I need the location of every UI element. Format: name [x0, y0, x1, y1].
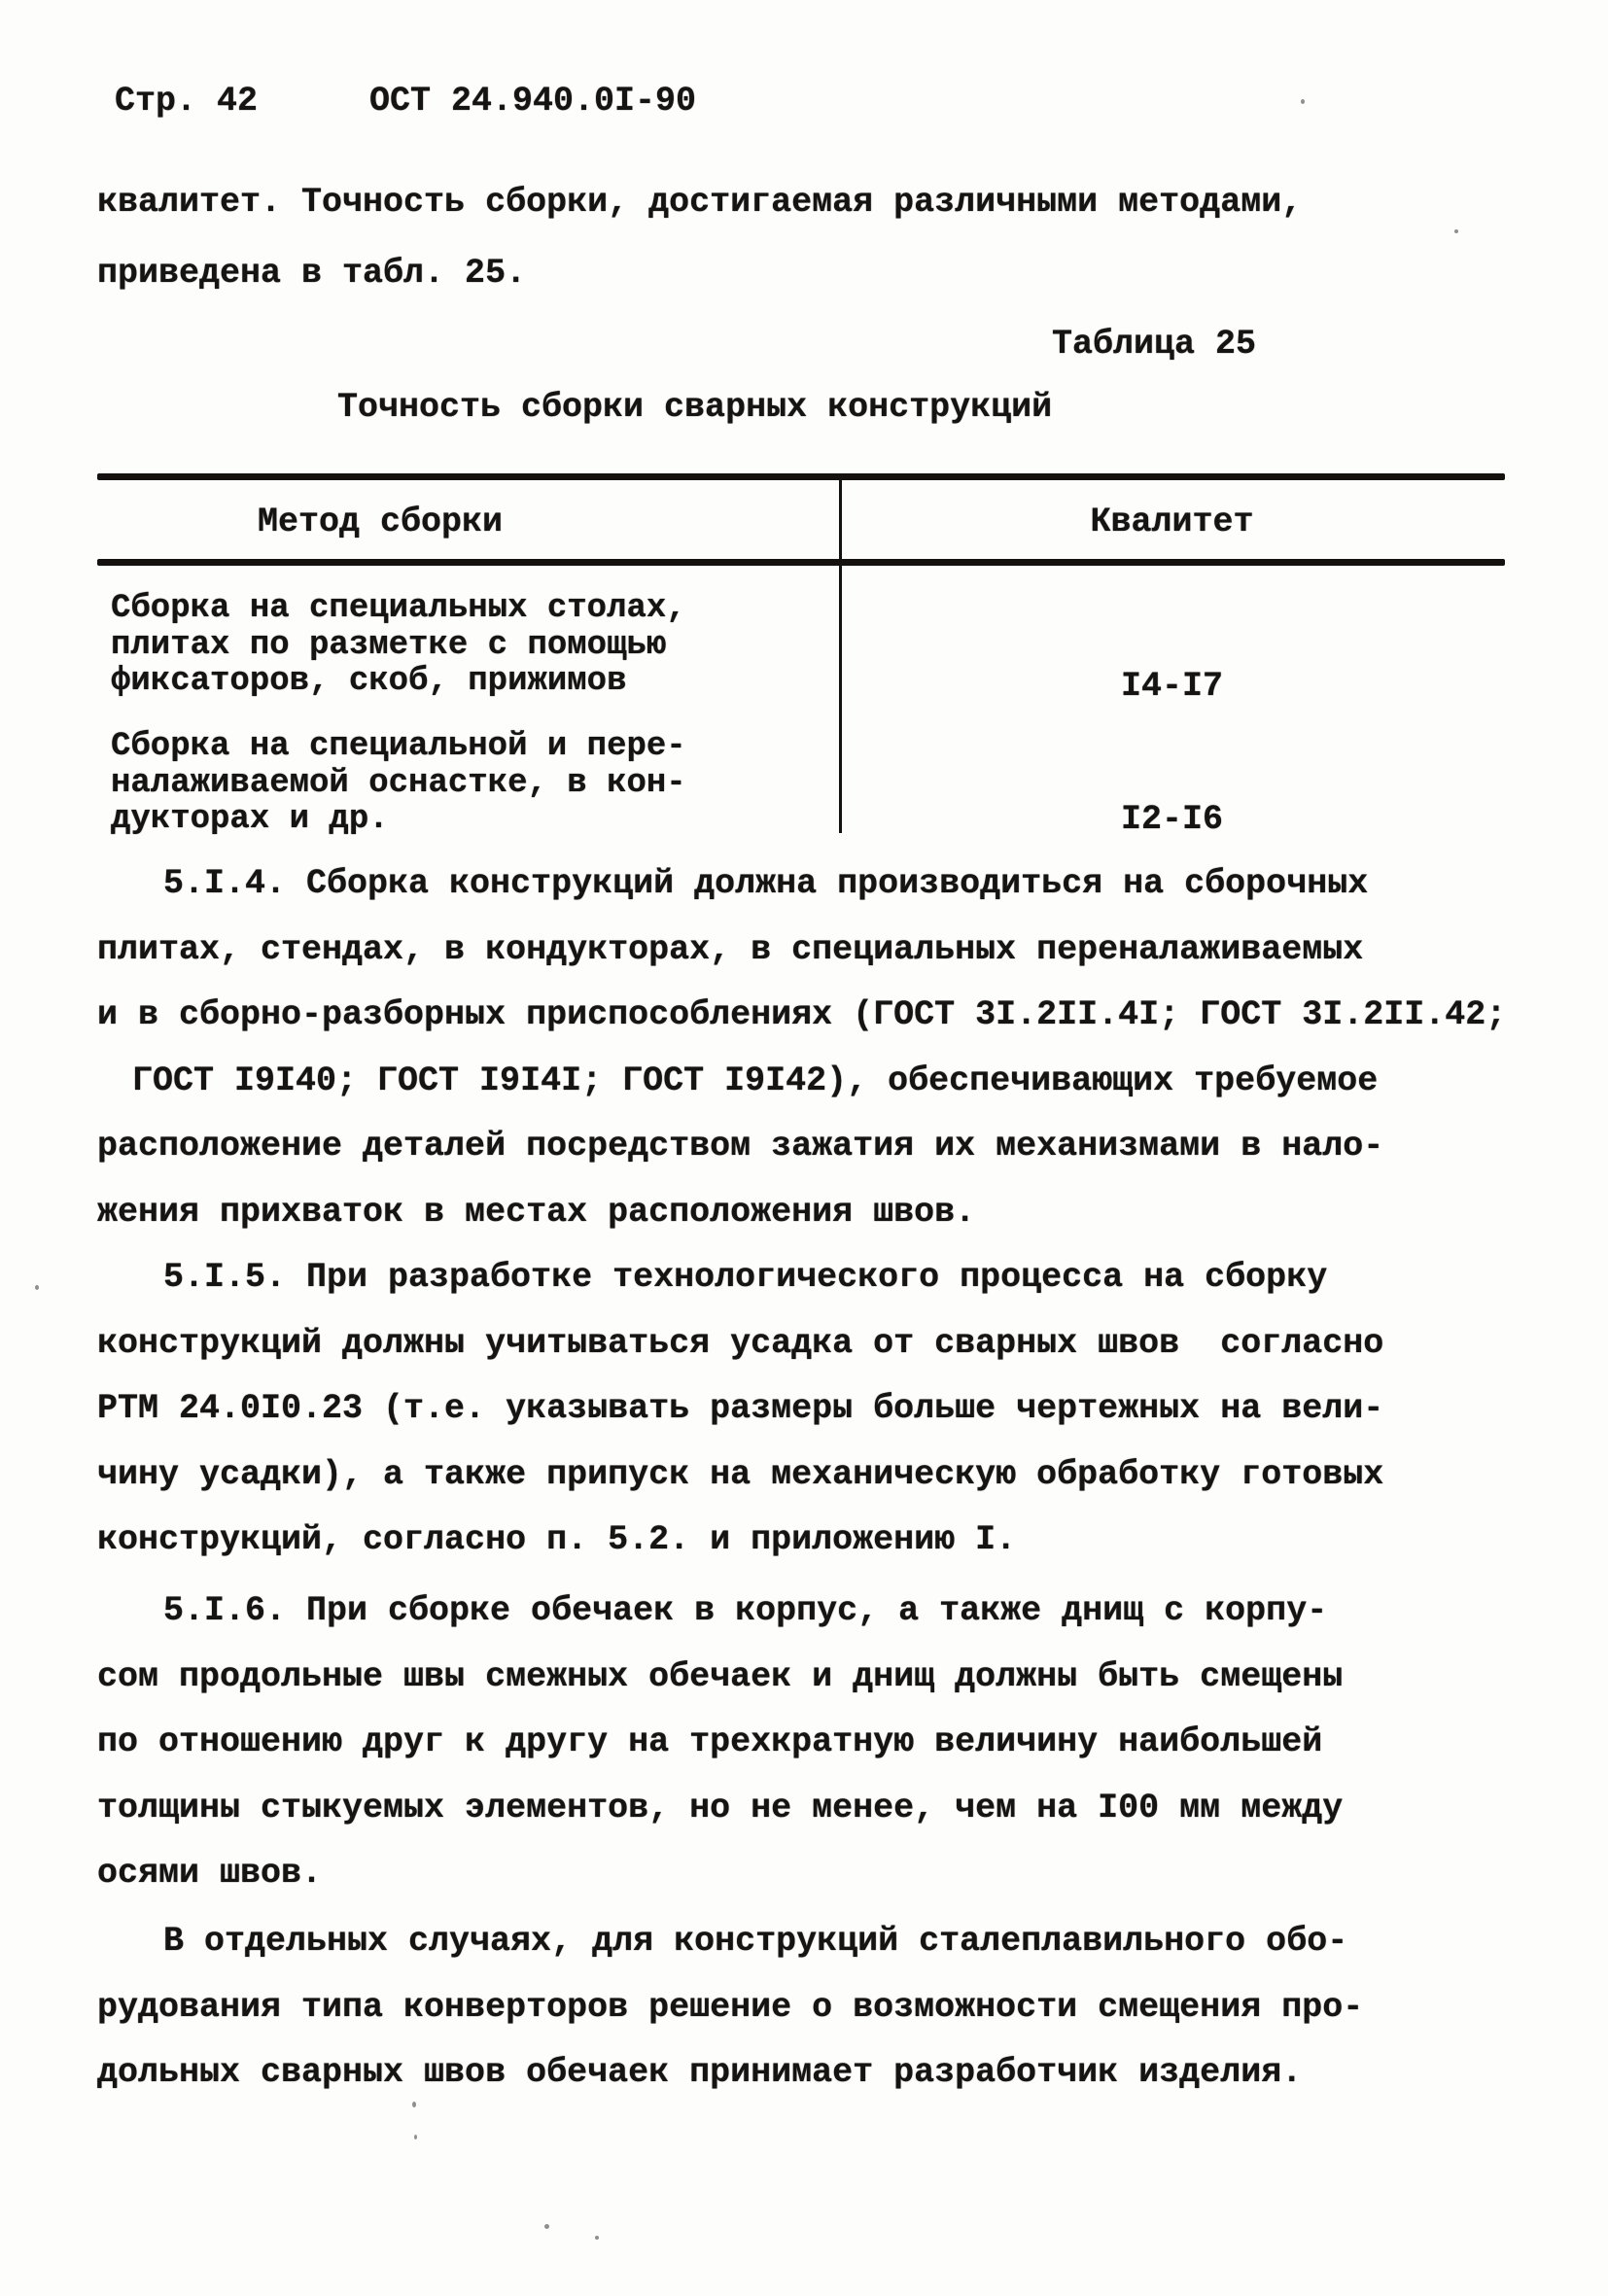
table-header-row: Метод сборки Квалитет — [97, 480, 1505, 559]
table-caption: Таблица 25 — [1052, 324, 1256, 365]
text-line: конструкций, согласно п. 5.2. и приложен… — [97, 1508, 1536, 1574]
text-line: конструкций должны учитываться усадка от… — [97, 1311, 1536, 1377]
text-line: РТМ 24.0I0.23 (т.е. указывать размеры бо… — [97, 1376, 1536, 1443]
text-line: и в сборно-разборных приспособлениях (ГО… — [97, 983, 1536, 1049]
text-line: 5.I.6. При сборке обечаек в корпус, а та… — [97, 1579, 1536, 1645]
scan-speck — [1301, 99, 1305, 104]
table-header-rule — [97, 559, 1505, 566]
scan-speck — [544, 2224, 549, 2229]
paragraph-final: В отдельных случаях, для конструкций ста… — [97, 1909, 1536, 2106]
text-line: квалитет. Точность сборки, достигаемая р… — [97, 167, 1517, 238]
table-row: Сборка на специальных столах, плитах по … — [97, 566, 1505, 729]
grade-value: I2-I6 — [1121, 802, 1223, 838]
scan-speck — [414, 2135, 417, 2139]
scan-speck — [595, 2236, 599, 2240]
paragraph-5-1-6: 5.I.6. При сборке обечаек в корпус, а та… — [97, 1579, 1536, 1907]
column-header-method: Метод сборки — [97, 480, 839, 559]
scan-speck — [412, 2102, 416, 2107]
paragraph-5-1-5: 5.I.5. При разработке технологического п… — [97, 1245, 1536, 1574]
text-line: толщины стыкуемых элементов, но не менее… — [97, 1776, 1536, 1842]
scan-speck — [35, 1285, 39, 1290]
text-line: рудования типа конверторов решение о воз… — [97, 1975, 1536, 2041]
intro-paragraph: квалитет. Точность сборки, достигаемая р… — [97, 167, 1517, 309]
text-line: чину усадки), а также припуск на механич… — [97, 1443, 1536, 1509]
table-title: Точность сборки сварных конструкций — [337, 387, 1052, 428]
grade-value: I4-I7 — [1121, 669, 1223, 705]
text-line: осями швов. — [97, 1841, 1536, 1907]
table-top-rule — [97, 473, 1505, 480]
text-line: фиксаторов, скоб, прижимов — [111, 664, 839, 701]
page-number: Стр. 42 — [115, 81, 258, 122]
paragraph-5-1-4: 5.I.4. Сборка конструкций должна произво… — [97, 852, 1536, 1245]
text-line: сом продольные швы смежных обечаек и дни… — [97, 1645, 1536, 1711]
text-line: налаживаемой оснастке, в кон- — [111, 766, 839, 803]
text-line: 5.I.5. При разработке технологического п… — [97, 1245, 1536, 1311]
table-row: Сборка на специальной и пере- налаживаем… — [97, 729, 1505, 838]
text-line: В отдельных случаях, для конструкций ста… — [97, 1909, 1536, 1975]
grade-cell: I4-I7 — [839, 566, 1505, 729]
text-line: 5.I.4. Сборка конструкций должна произво… — [97, 852, 1536, 918]
text-line: по отношению друг к другу на трехкратную… — [97, 1710, 1536, 1776]
scan-speck — [1454, 229, 1458, 233]
text-line: дольных сварных швов обечаек принимает р… — [97, 2040, 1536, 2106]
doc-number: ОСТ 24.940.0I-90 — [369, 81, 696, 122]
method-cell: Сборка на специальных столах, плитах по … — [97, 566, 839, 729]
text-line: Сборка на специальных столах, — [111, 591, 839, 628]
text-line: расположение деталей посредством зажатия… — [97, 1114, 1536, 1180]
text-line: жения прихваток в местах расположения шв… — [97, 1180, 1536, 1246]
grade-cell: I2-I6 — [839, 729, 1505, 839]
column-header-grade: Квалитет — [839, 480, 1505, 559]
text-line: Сборка на специальной и пере- — [111, 729, 839, 766]
text-line: ГОСТ I9I40; ГОСТ I9I4I; ГОСТ I9I42), обе… — [97, 1049, 1536, 1115]
text-line: плитах, стендах, в кондукторах, в специа… — [97, 918, 1536, 984]
method-cell: Сборка на специальной и пере- налаживаем… — [97, 729, 839, 839]
text-line: плитах по разметке с помощью — [111, 628, 839, 665]
scanned-document-page: Стр. 42 ОСТ 24.940.0I-90 квалитет. Точно… — [0, 0, 1608, 2296]
text-line: дукторах и др. — [111, 802, 839, 839]
text-line: приведена в табл. 25. — [97, 238, 1517, 309]
